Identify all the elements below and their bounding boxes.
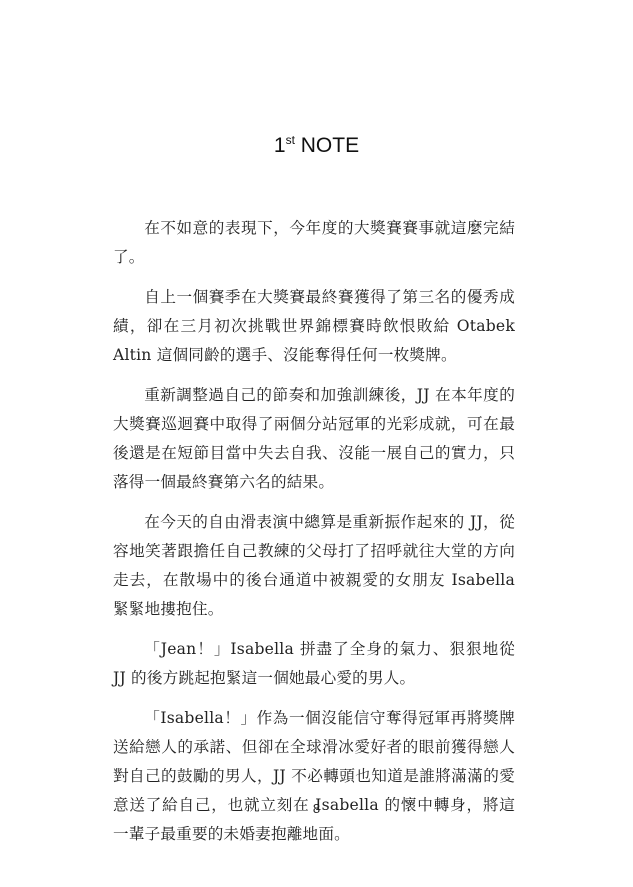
paragraph: 在不如意的表現下，今年度的大獎賽賽事就這麼完結了。 — [113, 214, 515, 272]
chapter-body: 在不如意的表現下，今年度的大獎賽賽事就這麼完結了。 自上一個賽季在大獎賽最終賽獲… — [113, 214, 515, 860]
paragraph: 重新調整過自己的節奏和加強訓練後，JJ 在本年度的大獎賽巡迴賽中取得了兩個分站冠… — [113, 381, 515, 497]
chapter-number: 1 — [274, 134, 286, 157]
paragraph: 「Jean！」Isabella 拼盡了全身的氣力、狠狠地從 JJ 的後方跳起抱緊… — [113, 635, 515, 693]
page-number: 8 — [0, 801, 633, 816]
chapter-title: 1st NOTE — [0, 134, 633, 158]
paragraph: 「Isabella！」作為一個沒能信守奪得冠軍再將獎牌送給戀人的承諾、但卻在全球… — [113, 704, 515, 849]
chapter-word: NOTE — [295, 134, 359, 157]
paragraph: 在今天的自由滑表演中總算是重新振作起來的 JJ，從容地笑著跟擔任自己教練的父母打… — [113, 508, 515, 624]
paragraph: 自上一個賽季在大獎賽最終賽獲得了第三名的優秀成績，卻在三月初次挑戰世界錦標賽時飲… — [113, 283, 515, 370]
chapter-ordinal-suffix: st — [286, 133, 295, 147]
